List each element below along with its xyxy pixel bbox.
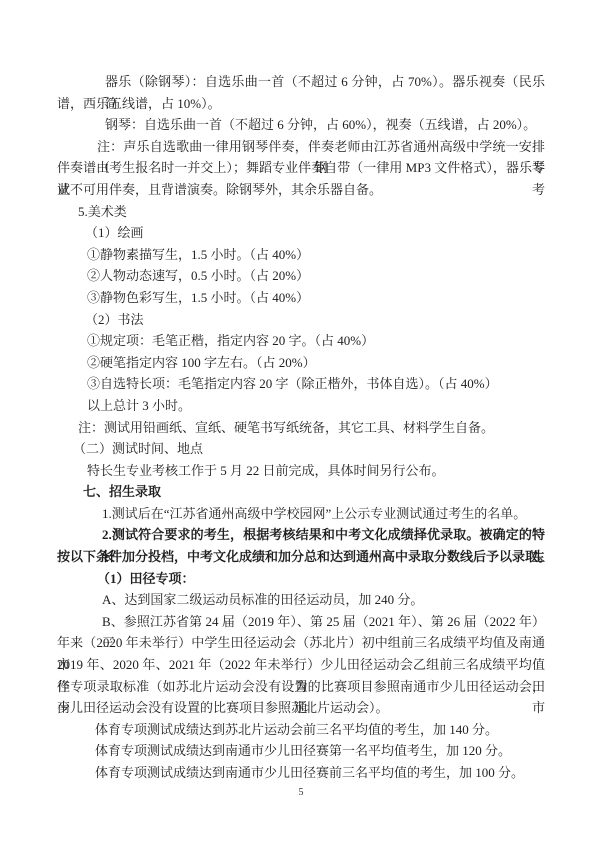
document-line: 年来（2020 年未举行）中学生田径运动会（苏北片）初中组前三名成绩平均值及南通… xyxy=(57,632,545,654)
document-line: 5.美术类 xyxy=(57,201,545,223)
page-number: 5 xyxy=(57,787,545,799)
document-line: A、达到国家二级运动员标准的田径运动员，加 240 分。 xyxy=(57,589,545,611)
document-line: 钢琴：自选乐曲一首（不超过 6 分钟，占 60%），视奏（五线谱，占 20%）。 xyxy=(57,114,545,136)
document-line: 1.测试后在“江苏省通州高级中学校园网”上公示专业测试通过考生的名单。 xyxy=(57,503,545,525)
document-line: B、参照江苏省第 24 届（2019 年）、第 25 届（2021 年）、第 2… xyxy=(57,611,545,633)
document-line: ③自选特长项：毛笔指定内容 20 字（除正楷外，书体自选）。（占 40%） xyxy=(57,373,545,395)
document-line: ①静物素描写生，1.5 小时。（占 40%） xyxy=(57,244,545,266)
document-line: 器乐（除钢琴）：自选乐曲一首（不超过 6 分钟，占 70%）。器乐视奏（民乐简 xyxy=(57,71,545,93)
document-line: ②硬笔指定内容 100 字左右。（占 20%） xyxy=(57,352,545,374)
document-line: 以上总计 3 小时。 xyxy=(57,395,545,417)
document-line: 注：测试用铅画纸、宣纸、硬笔书写纸统备，其它工具、材料学生自备。 xyxy=(57,417,545,439)
document-line: ①规定项：毛笔正楷，指定内容 20 字。（占 40%） xyxy=(57,330,545,352)
document-line: 按以下条件加分投档，中考文化成绩和加分总和达到通州高中录取分数线后予以录取。 xyxy=(57,546,545,568)
document-line: 体育专项测试成绩达到南通市少儿田径赛前三名平均值的考生，加 100 分。 xyxy=(57,762,545,784)
document-line: 特长生专业考核工作于 5 月 22 日前完成，具体时间另行公布。 xyxy=(57,460,545,482)
document-line: 2019 年、2020 年、2021 年（2022 年未举行）少儿田径运动会乙组… xyxy=(57,654,545,676)
document-line: 体育专项测试成绩达到苏北片运动会前三名平均值的考生，加 140 分。 xyxy=(57,719,545,741)
document-line: ②人物动态速写，0.5 小时。（占 20%） xyxy=(57,265,545,287)
document-line: 体育专项测试成绩达到南通市少儿田径赛第一名平均值考生，加 120 分。 xyxy=(57,740,545,762)
section-heading-enrollment: 七、招生录取 xyxy=(57,481,545,503)
document-line: （2）书法 xyxy=(57,309,545,331)
document-line: 2.测试符合要求的考生，根据考核结果和中考文化成绩择优录取。被确定的特长生 xyxy=(57,524,545,546)
section-heading-track-and-field: （1）田径专项： xyxy=(57,568,545,590)
document-line: 伴奏谱由考生报名时一并交上）；舞蹈专业伴奏自带（一律用 MP3 文件格式），器乐… xyxy=(57,157,545,179)
document-page: 器乐（除钢琴）：自选乐曲一首（不超过 6 分钟，占 70%）。器乐视奏（民乐简 … xyxy=(0,0,600,848)
document-line: 谱，西乐五线谱，占 10%）。 xyxy=(57,93,545,115)
document-line: （1）绘画 xyxy=(57,222,545,244)
document-line: 径专项录取标准（如苏北片运动会没有设置的比赛项目参照南通市少儿田径运动会，南通市 xyxy=(57,676,545,698)
document-line: ③静物色彩写生，1.5 小时。（占 40%） xyxy=(57,287,545,309)
document-line: 注：声乐自选歌曲一律用钢琴伴奏，伴奏老师由江苏省通州高级中学统一安排（钢琴 xyxy=(57,136,545,158)
section-heading-test-time-place: （二）测试时间、地点 xyxy=(57,438,545,460)
